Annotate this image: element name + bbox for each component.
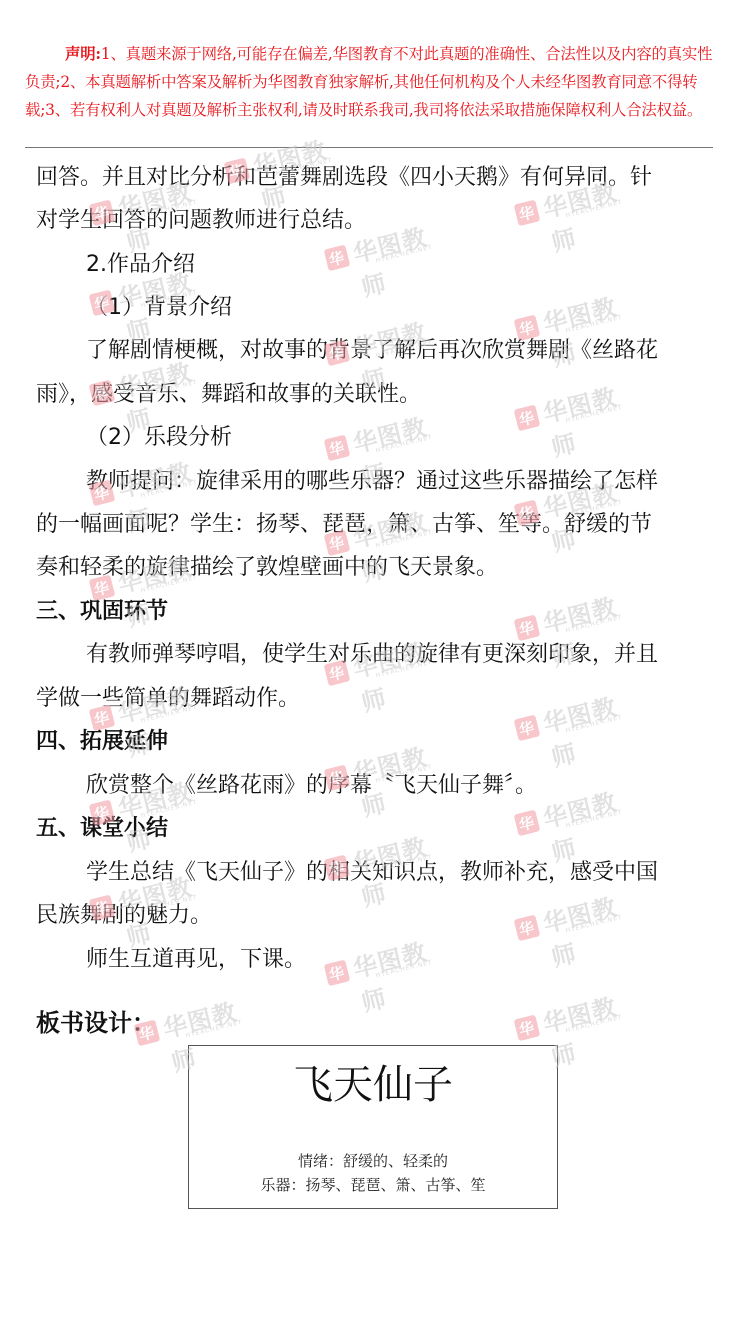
subheading-background: （1）背景介绍 [86, 293, 232, 323]
watermark: 华图教师HTEACHER.NET [321, 401, 449, 475]
disclaimer-text: 1、真题来源于网络,可能存在偏差,华图教育不对此真题的准确性、合法性以及内容的真… [25, 45, 712, 119]
heading-board-design: 板书设计： [36, 1008, 156, 1038]
watermark-logo-icon [324, 435, 351, 462]
body-line: 回答。并且对比分析和芭蕾舞剧选段《四小天鹅》有何异同。针 [36, 163, 652, 193]
board-title: 飞天仙子 [189, 1060, 557, 1110]
watermark: 华图教师HTEACHER.NET [511, 881, 639, 955]
watermark-logo-icon [514, 1015, 541, 1042]
header-divider [25, 147, 713, 148]
body-line: 了解剧情梗概，对故事的背景了解后再次欣赏舞剧《丝路花 [36, 336, 658, 366]
watermark: 华图教师HTEACHER.NET [321, 926, 449, 1000]
board-design-box: 飞天仙子 情绪：舒缓的、轻柔的 乐器：扬琴、琵琶、箫、古筝、笙 [188, 1045, 558, 1209]
subheading-section-analysis: （2）乐段分析 [86, 423, 232, 453]
body-line: 师生互道再见，下课。 [36, 945, 306, 975]
disclaimer-label: 声明: [65, 45, 101, 63]
heading-extension: 四、拓展延伸 [36, 727, 168, 757]
watermark-logo-icon [514, 715, 541, 742]
body-line: 教师提问：旋律采用的哪些乐器？通过这些乐器描绘了怎样 [36, 467, 658, 497]
watermark-logo-icon [324, 245, 351, 272]
body-line: 的一幅画面呢？学生：扬琴、琵琶，箫、古筝、笙等。舒缓的节 [36, 510, 652, 540]
watermark-logo-icon [514, 615, 541, 642]
subheading-works-intro: 2.作品介绍 [36, 250, 195, 280]
heading-consolidation: 三、巩固环节 [36, 597, 168, 627]
disclaimer: 声明:1、真题来源于网络,可能存在偏差,华图教育不对此真题的准确性、合法性以及内… [25, 40, 715, 124]
watermark-logo-icon [324, 960, 351, 987]
body-line: 雨》，感受音乐、舞蹈和故事的关联性。 [36, 380, 421, 410]
watermark-logo-icon [514, 200, 541, 227]
body-line: 学做一些简单的舞蹈动作。 [36, 684, 300, 714]
body-line: 学生总结《飞天仙子》的相关知识点，教师补充，感受中国 [36, 858, 658, 888]
watermark-logo-icon [514, 915, 541, 942]
watermark-logo-icon [514, 405, 541, 432]
watermark: 华图教师HTEACHER.NET [511, 371, 639, 445]
body-line: 民族舞剧的魅力。 [36, 901, 212, 931]
watermark: 华图教师HTEACHER.NET [511, 681, 639, 755]
board-instruments: 乐器：扬琴、琵琶、箫、古筝、笙 [189, 1174, 557, 1195]
heading-summary: 五、课堂小结 [36, 814, 168, 844]
body-line: 有教师弹琴哼唱，使学生对乐曲的旋律有更深刻印象，并且 [36, 640, 658, 670]
watermark: 华图教师HTEACHER.NET [511, 981, 639, 1055]
body-line: 奏和轻柔的旋律描绘了敦煌壁画中的飞天景象。 [36, 553, 498, 583]
body-line: 欣赏整个《丝路花雨》的序幕〝飞天仙子舞〞。 [36, 771, 537, 801]
body-line: 对学生回答的问题教师进行总结。 [36, 206, 366, 236]
board-emotion: 情绪：舒缓的、轻柔的 [189, 1150, 557, 1171]
watermark-logo-icon [514, 810, 541, 837]
